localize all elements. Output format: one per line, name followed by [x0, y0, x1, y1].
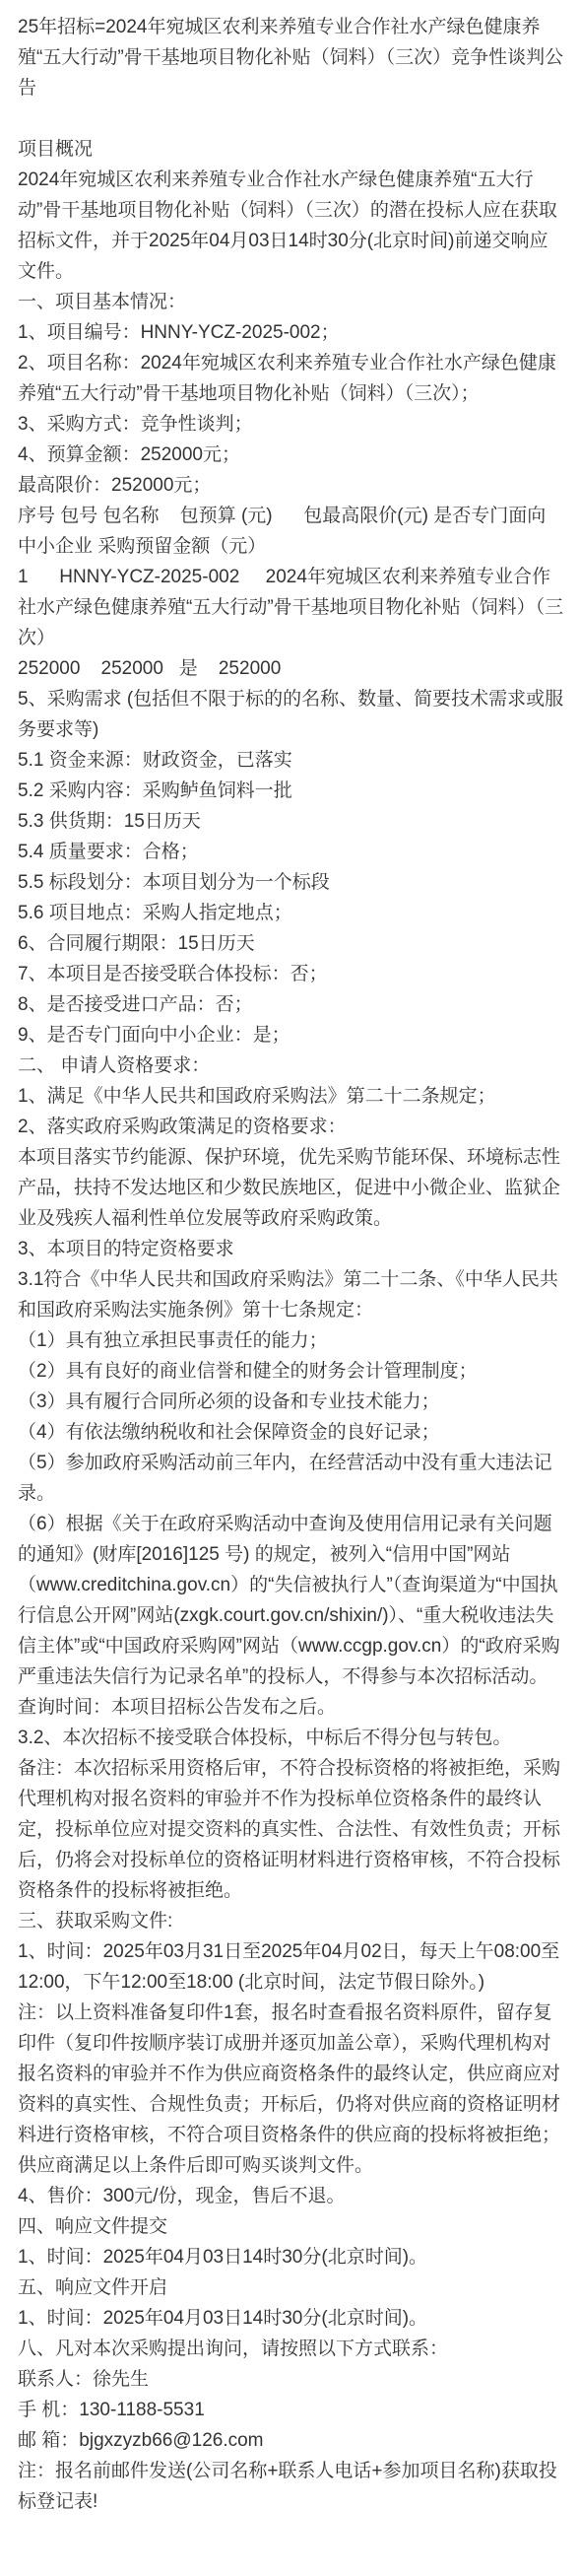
max-price: 最高限价：252000元； [18, 470, 564, 501]
package-table-values: 252000 252000 是 252000 [18, 653, 564, 684]
qualification-2: 2、落实政府采购政策满足的资格要求： [18, 1112, 564, 1142]
document-obtain-time: 1、时间：2025年03月31日至2025年04月02日，每天上午08:00至1… [18, 1936, 564, 1998]
contract-period: 6、合同履行期限：15日历天 [18, 928, 564, 959]
imported-products: 8、是否接受进口产品：否； [18, 989, 564, 1020]
sme-oriented: 9、是否专门面向中小企业：是； [18, 1020, 564, 1051]
funding-source: 5.1 资金来源：财政资金，已落实 [18, 745, 564, 776]
requirement-3: （3）具有履行合同所必须的设备和专业技术能力； [18, 1387, 564, 1417]
requirement-1: （1）具有独立承担民事责任的能力； [18, 1325, 564, 1356]
qualification-1: 1、满足《中华人民共和国政府采购法》第二十二条规定； [18, 1081, 564, 1112]
delivery-period: 5.3 供货期：15日历天 [18, 806, 564, 837]
document-note: 注：以上资料准备复印件1套，报名时查看报名资料原件，留存复印件（复印件按顺序装订… [18, 1998, 564, 2181]
requirement-4: （4）有依法缴纳税收和社会保障资金的良好记录； [18, 1417, 564, 1448]
section-2-heading: 二、 申请人资格要求： [18, 1051, 564, 1081]
section-4-heading: 四、响应文件提交 [18, 2211, 564, 2242]
project-overview-heading: 项目概况 [18, 134, 564, 165]
requirement-5: （5）参加政府采购活动前三年内，在经营活动中没有重大违法记录。 [18, 1448, 564, 1509]
document-body: 项目概况2024年宛城区农利来养殖专业合作社水产绿色健康养殖“五大行动”骨干基地… [18, 134, 564, 2517]
budget-amount: 4、预算金额：252000元； [18, 440, 564, 470]
announcement-title: 25年招标=2024年宛城区农利来养殖专业合作社水产绿色健康养殖“五大行动”骨干… [18, 12, 564, 103]
package-table-row: 1 HNNY-YCZ-2025-002 2024年宛城区农利来养殖专业合作社水产… [18, 562, 564, 653]
policy-paragraph: 本项目落实节约能源、保护环境，优先采购节能环保、环境标志性产品，扶持不发达地区和… [18, 1142, 564, 1234]
procurement-requirements: 5、采购需求 (包括但不限于标的的名称、数量、简要技术需求或服务要求等) [18, 684, 564, 745]
procurement-content: 5.2 采购内容：采购鲈鱼饲料一批 [18, 776, 564, 806]
section-3-heading: 三、获取采购文件: [18, 1906, 564, 1936]
project-name: 2、项目名称：2024年宛城区农利来养殖专业合作社水产绿色健康养殖“五大行动”骨… [18, 348, 564, 409]
overview-paragraph: 2024年宛城区农利来养殖专业合作社水产绿色健康养殖“五大行动”骨干基地项目物化… [18, 165, 564, 287]
requirement-2: （2）具有良好的商业信誉和健全的财务会计管理制度； [18, 1356, 564, 1387]
consortium-bidding: 7、本项目是否接受联合体投标：否； [18, 959, 564, 989]
project-location: 5.6 项目地点：采购人指定地点； [18, 898, 564, 928]
remark: 备注：本次招标采用资格后审，不符合投标资格的将被拒绝，采购代理机构对报名资料的审… [18, 1753, 564, 1906]
procurement-method: 3、采购方式：竞争性谈判； [18, 409, 564, 440]
project-number: 1、项目编号：HNNY-YCZ-2025-002； [18, 317, 564, 348]
package-table-header: 序号 包号 包名称 包预算 (元) 包最高限价(元) 是否专门面向中小企业 采购… [18, 501, 564, 562]
contact-person: 联系人：徐先生 [18, 2364, 564, 2395]
section-division: 5.5 标段划分：本项目划分为一个标段 [18, 867, 564, 898]
section-8-heading: 八、凡对本次采购提出询问，请按照以下方式联系： [18, 2334, 564, 2364]
announcement-document: 25年招标=2024年宛城区农利来养殖专业合作社水产绿色健康养殖“五大行动”骨干… [0, 0, 580, 2576]
section-5-heading: 五、响应文件开启 [18, 2272, 564, 2303]
requirement-6: （6）根据《关于在政府采购活动中查询及使用信用记录有关问题的通知》(财库[201… [18, 1509, 564, 1723]
contact-phone: 手 机：130-1188-5531 [18, 2395, 564, 2425]
registration-note: 注：报名前邮件发送(公司名称+联系人电话+参加项目名称)获取投标登记表! [18, 2456, 564, 2517]
qualification-3: 3、本项目的特定资格要求 [18, 1234, 564, 1264]
section-1-heading: 一、项目基本情况： [18, 287, 564, 317]
qualification-3-2: 3.2、本次招标不接受联合体投标，中标后不得分包与转包。 [18, 1723, 564, 1753]
quality-requirement: 5.4 质量要求：合格； [18, 837, 564, 867]
submission-time: 1、时间：2025年04月03日14时30分(北京时间)。 [18, 2242, 564, 2272]
opening-time: 1、时间：2025年04月03日14时30分(北京时间)。 [18, 2303, 564, 2334]
contact-email: 邮 箱：bjgxzyzb66@126.com [18, 2425, 564, 2456]
document-price: 4、售价：300元/份，现金，售后不退。 [18, 2181, 564, 2211]
qualification-3-1: 3.1符合《中华人民共和国政府采购法》第二十二条、《中华人民共和国政府采购法实施… [18, 1264, 564, 1325]
